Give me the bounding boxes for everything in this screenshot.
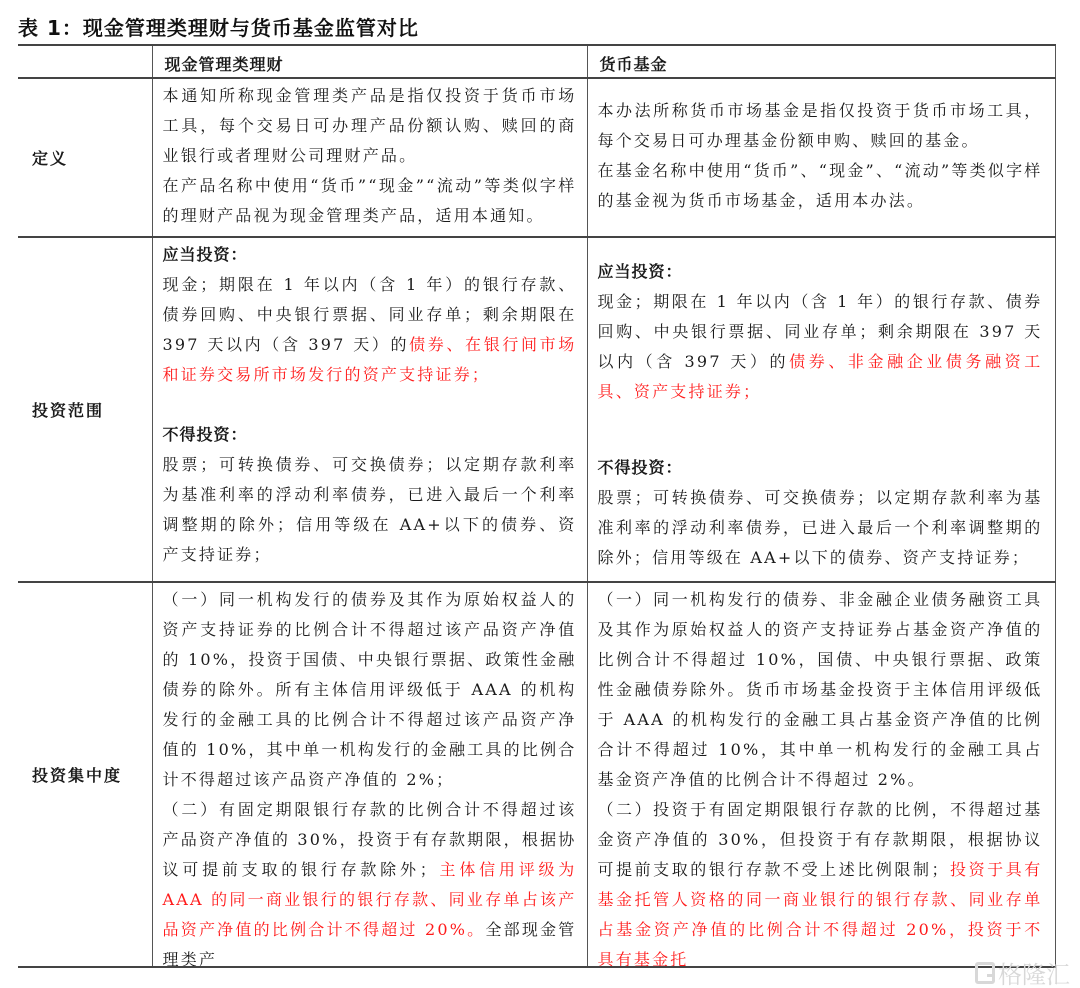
comparison-table: 现金管理类理财 货币基金 定义 本通知所称现金管理类产品是指仅投资于货币市场工具…: [18, 44, 1056, 968]
concentration-money-fund: （一）同一机构发行的债券、非金融企业债务融资工具及其作为原始权益人的资产支持证券…: [587, 582, 1055, 967]
not-invest-title: 不得投资：: [598, 453, 1043, 483]
not-invest-text: 股票；可转换债券、可交换债券；以定期存款利率为基准利率的浮动利率债券，已进入最后…: [598, 483, 1043, 573]
table-header-row: 现金管理类理财 货币基金: [18, 45, 1055, 78]
table-row-investment-concentration: 投资集中度 （一）同一机构发行的债券及其作为原始权益人的资产支持证券的比例合计不…: [18, 582, 1055, 967]
table-title: 表 1：现金管理类理财与货币基金监管对比: [18, 12, 419, 41]
header-cash-mgmt-label: 现金管理类理财: [153, 46, 587, 75]
definition-money-fund-p2: 在基金名称中使用“货币”、“现金”、“流动”等类似字样的基金视为货币市场基金，适…: [598, 156, 1043, 216]
row-label-definition: 定义: [18, 79, 152, 236]
concentration-item-2: （二）投资于有固定期限银行存款的比例，不得超过基金资产净值的 30%，但投资于有…: [598, 795, 1043, 966]
row-label-cell: 投资范围: [18, 237, 152, 582]
table-row-investment-scope: 投资范围 应当投资： 现金；期限在 1 年以内（含 1 年）的银行存款、债券回购…: [18, 237, 1055, 582]
scope-cash-mgmt: 应当投资： 现金；期限在 1 年以内（含 1 年）的银行存款、债券回购、中央银行…: [152, 237, 587, 582]
gelonghui-logo-icon: [975, 962, 995, 984]
should-invest-text: 现金；期限在 1 年以内（含 1 年）的银行存款、债券回购、中央银行票据、同业存…: [598, 287, 1043, 407]
not-invest-text: 股票；可转换债券、可交换债券；以定期存款利率为基准利率的浮动利率债券，已进入最后…: [163, 450, 577, 570]
definition-cash-mgmt-p1: 本通知所称现金管理类产品是指仅投资于货币市场工具，每个交易日可办理产品份额认购、…: [163, 81, 577, 171]
header-money-fund: 货币基金: [587, 45, 1055, 78]
row-label-investment-concentration: 投资集中度: [18, 583, 152, 966]
watermark-text: 格隆汇: [998, 955, 1070, 988]
should-invest-title: 应当投资：: [163, 240, 577, 270]
header-money-fund-label: 货币基金: [588, 46, 1055, 75]
definition-money-fund-p1: 本办法所称货币市场基金是指仅投资于货币市场工具，每个交易日可办理基金份额申购、赎…: [598, 96, 1043, 156]
concentration-item-2: （二）有固定期限银行存款的比例合计不得超过该产品资产净值的 30%，投资于有存款…: [163, 795, 577, 966]
concentration-item-1: （一）同一机构发行的债券及其作为原始权益人的资产支持证券的比例合计不得超过该产品…: [163, 585, 577, 795]
header-empty: [18, 45, 152, 78]
watermark: 格隆汇: [975, 955, 1070, 988]
concentration-item-1: （一）同一机构发行的债券、非金融企业债务融资工具及其作为原始权益人的资产支持证券…: [598, 585, 1043, 795]
not-invest-title: 不得投资：: [163, 420, 577, 450]
definition-cash-mgmt-p2: 在产品名称中使用“货币”“现金”“流动”等类似字样的理财产品视为现金管理类产品，…: [163, 171, 577, 231]
row-label-cell: 定义: [18, 78, 152, 237]
header-cash-mgmt: 现金管理类理财: [152, 45, 587, 78]
should-invest-title: 应当投资：: [598, 257, 1043, 287]
definition-money-fund: 本办法所称货币市场基金是指仅投资于货币市场工具，每个交易日可办理基金份额申购、赎…: [587, 78, 1055, 237]
row-label-cell: 投资集中度: [18, 582, 152, 967]
should-invest-text: 现金；期限在 1 年以内（含 1 年）的银行存款、债券回购、中央银行票据、同业存…: [163, 270, 577, 390]
concentration-cash-mgmt: （一）同一机构发行的债券及其作为原始权益人的资产支持证券的比例合计不得超过该产品…: [152, 582, 587, 967]
row-label-investment-scope: 投资范围: [18, 238, 152, 581]
scope-money-fund: 应当投资： 现金；期限在 1 年以内（含 1 年）的银行存款、债券回购、中央银行…: [587, 237, 1055, 582]
table-row-definition: 定义 本通知所称现金管理类产品是指仅投资于货币市场工具，每个交易日可办理产品份额…: [18, 78, 1055, 237]
definition-cash-mgmt: 本通知所称现金管理类产品是指仅投资于货币市场工具，每个交易日可办理产品份额认购、…: [152, 78, 587, 237]
